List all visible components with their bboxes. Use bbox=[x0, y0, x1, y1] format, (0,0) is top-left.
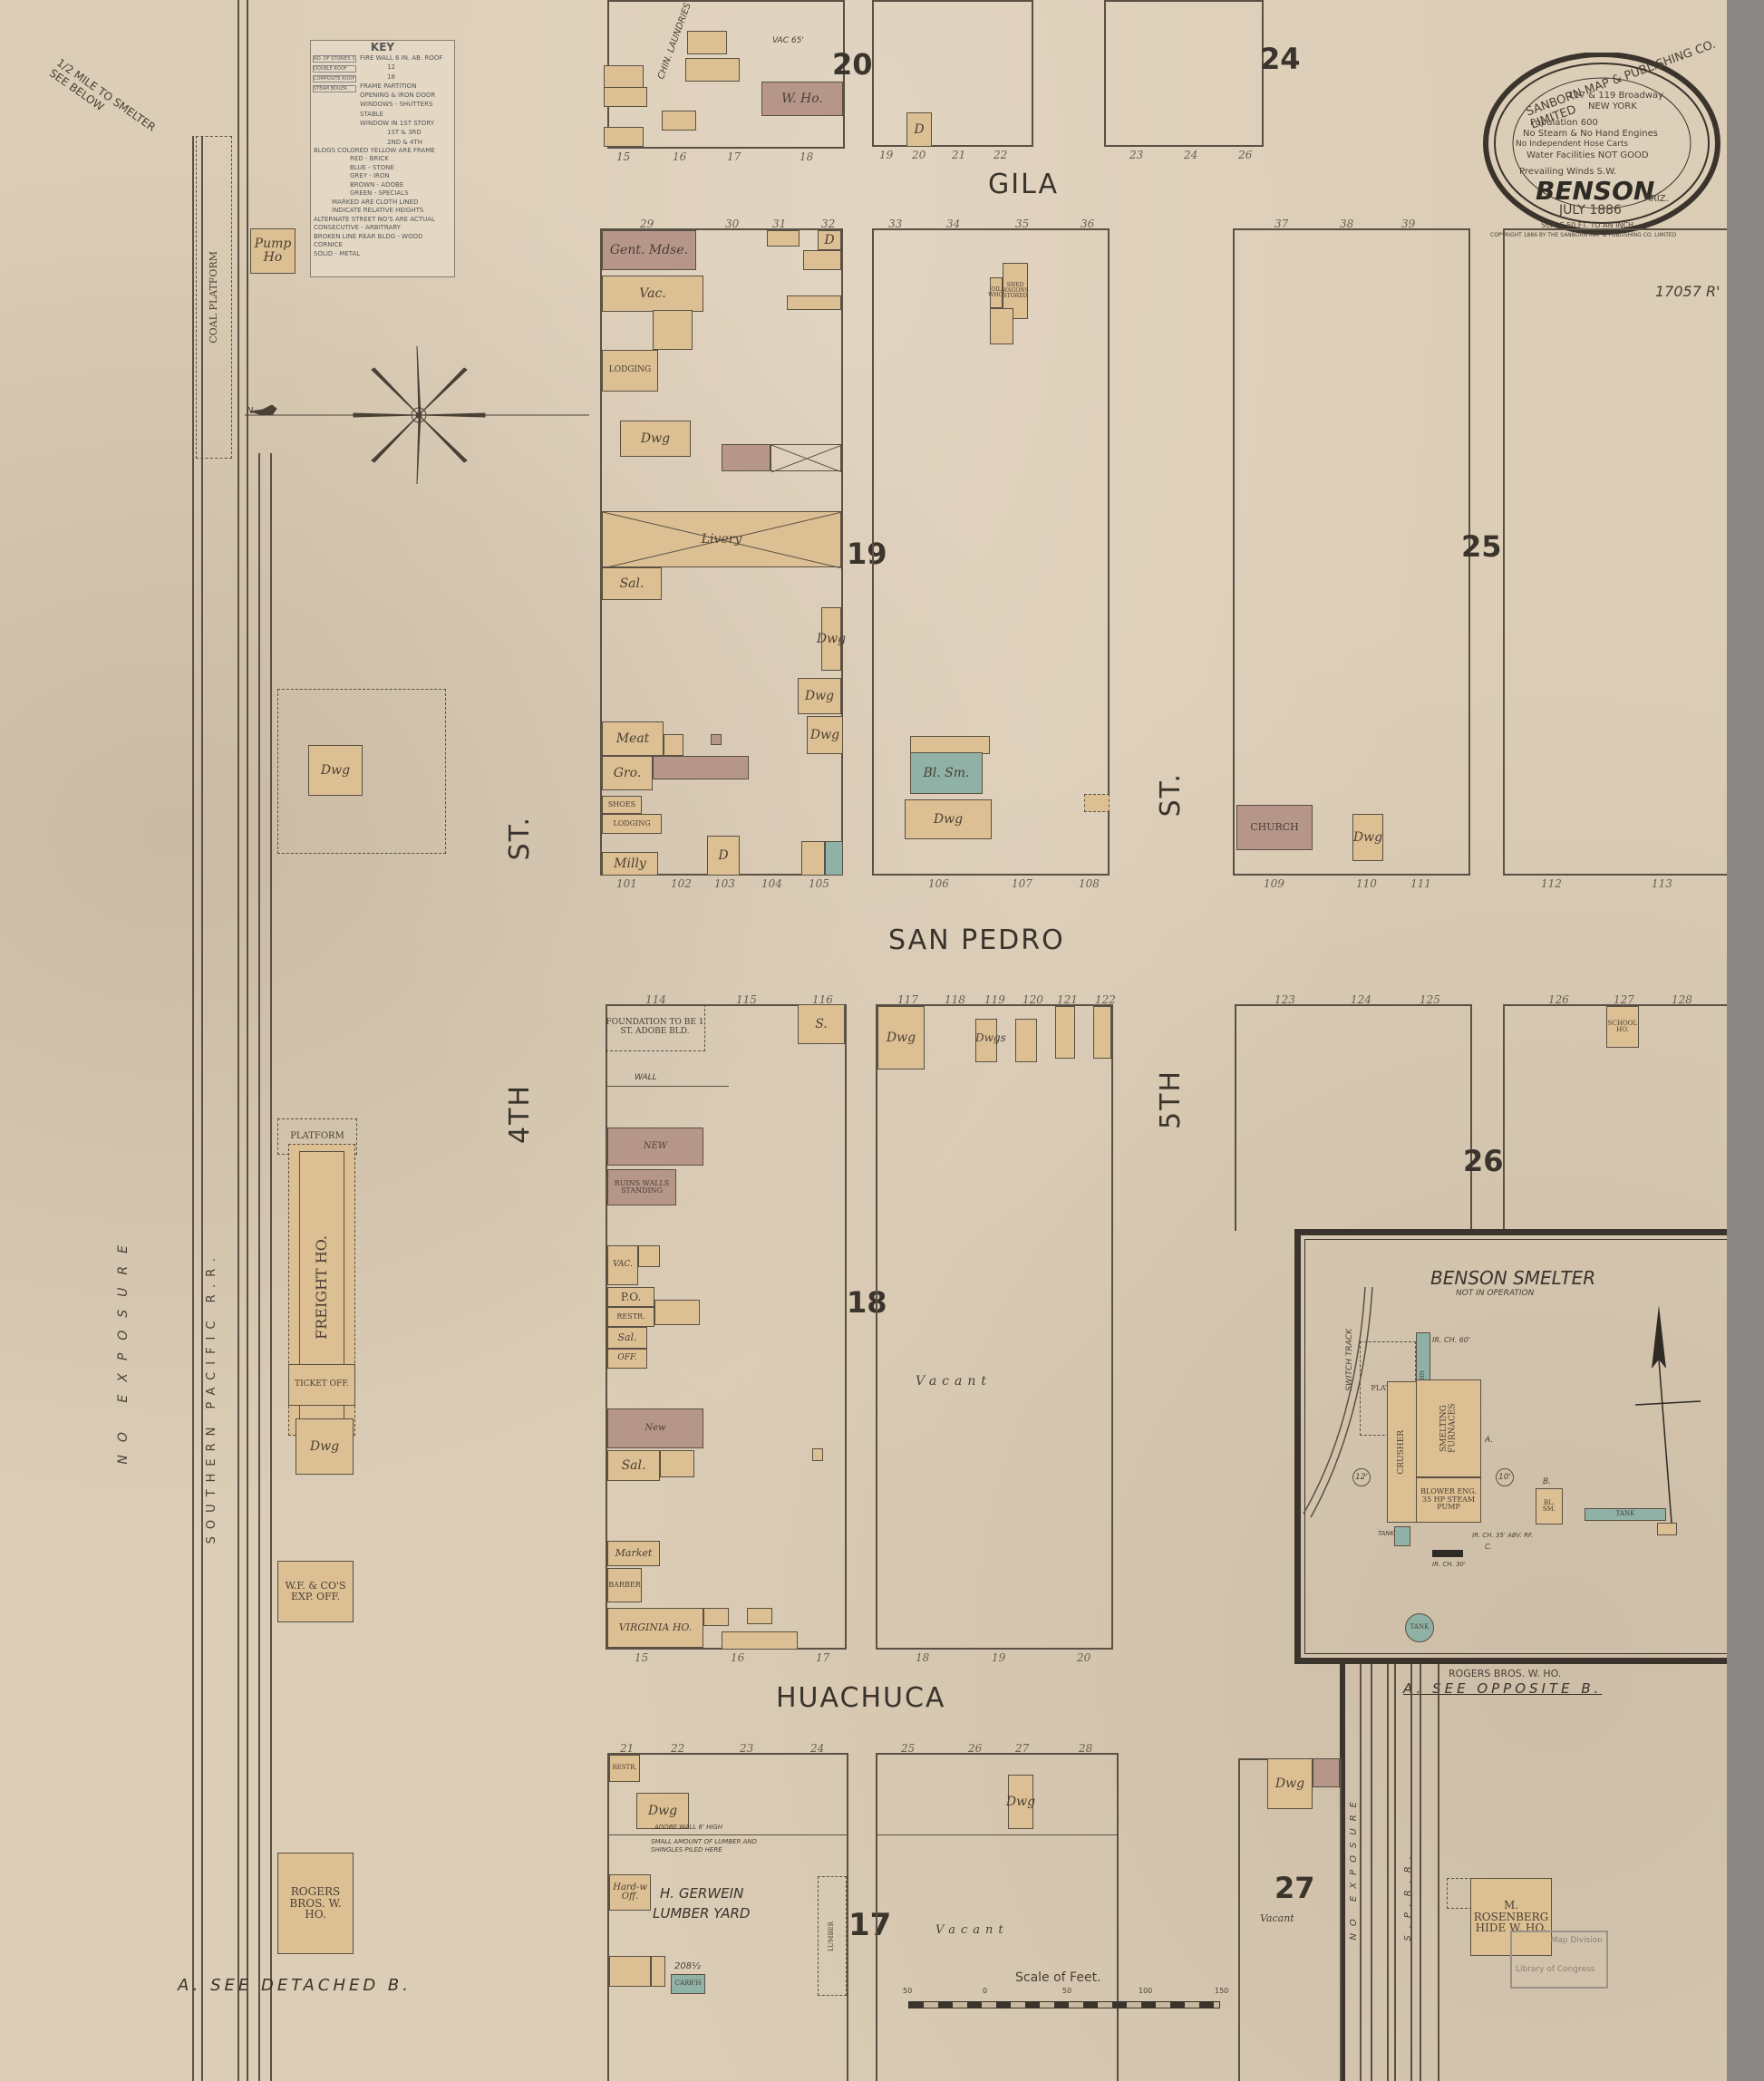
building-top-4 bbox=[687, 31, 727, 54]
lot-number: 122 bbox=[1095, 993, 1116, 1006]
building-warehouse-top: W. Ho. bbox=[761, 82, 843, 116]
lot-number: 28 bbox=[1079, 1742, 1092, 1755]
building-vac-rear bbox=[638, 1245, 660, 1267]
street-4th-st: ST. bbox=[504, 816, 536, 860]
lot-number: 37 bbox=[1275, 218, 1288, 230]
building-dwelling-234: Dwg bbox=[821, 607, 841, 671]
lot-number: 112 bbox=[1541, 877, 1562, 890]
building-po-rear bbox=[654, 1300, 700, 1325]
tank-small-label: TANK bbox=[1378, 1530, 1394, 1537]
building-sal-rear bbox=[660, 1450, 694, 1477]
building-barber: BARBER bbox=[607, 1568, 642, 1602]
lot-number: 120 bbox=[1023, 993, 1043, 1006]
street-4th: 4TH bbox=[504, 1084, 536, 1144]
tank-small bbox=[1394, 1526, 1410, 1546]
building-ruins: RUINS WALLS STANDING bbox=[607, 1169, 676, 1205]
building-dwelling-106: Dwg bbox=[905, 799, 992, 839]
lot-number: 119 bbox=[984, 993, 1005, 1006]
lot-208-half: 208½ bbox=[674, 1961, 701, 1971]
lot-number: 23 bbox=[740, 1742, 753, 1755]
block-number-24: 24 bbox=[1260, 42, 1301, 76]
lot-number: 107 bbox=[1012, 877, 1032, 890]
lot-number: 126 bbox=[1548, 993, 1569, 1006]
scale-bar bbox=[908, 2001, 1220, 2008]
height-12-circle: 12' bbox=[1352, 1468, 1371, 1486]
building-blacksmith-rear bbox=[910, 736, 990, 754]
lot-number: 113 bbox=[1652, 877, 1672, 890]
lot-number: 20 bbox=[1077, 1651, 1090, 1664]
building-virginia-rear-3 bbox=[722, 1631, 798, 1650]
lot-number: 103 bbox=[714, 877, 735, 890]
lot-number: 105 bbox=[809, 877, 829, 890]
scale-tick: 100 bbox=[1139, 1987, 1152, 1995]
block-number-27: 27 bbox=[1275, 1871, 1315, 1905]
seal-population: Population 600 bbox=[1530, 118, 1598, 128]
building-stable-rear bbox=[771, 444, 841, 471]
building-208-1 bbox=[609, 1956, 651, 1987]
lot-number: 27 bbox=[1015, 1742, 1029, 1755]
building-saloon-215: Sal. bbox=[607, 1450, 660, 1481]
lumber-shed: LUMBER bbox=[818, 1876, 847, 1996]
rail-line bbox=[1360, 1664, 1362, 2081]
lot-number: 18 bbox=[916, 1651, 929, 1664]
building-office-218: OFF. bbox=[607, 1349, 647, 1369]
building-dwelling-27: Dwg bbox=[1008, 1775, 1033, 1829]
rail-line bbox=[270, 453, 272, 2081]
map-sheet: COAL PLATFORM 1/2 MILE TO SMELTER SEE BE… bbox=[0, 0, 1727, 2081]
building-dwelling-117: Dwg bbox=[877, 1006, 925, 1070]
block-number-26: 26 bbox=[1463, 1144, 1504, 1178]
lot-number: 29 bbox=[640, 218, 654, 230]
chimney-30-label: IR. CH. 30' bbox=[1432, 1561, 1466, 1568]
lot-number: 26 bbox=[1238, 149, 1252, 161]
lot-number: 125 bbox=[1420, 993, 1440, 1006]
street-5th-st: ST. bbox=[1155, 772, 1187, 817]
map-key: KEY NO. OF STORIES 3 DOUBLE ROOF COMPOSI… bbox=[310, 40, 455, 277]
lot-number: 111 bbox=[1410, 877, 1431, 890]
building-dwelling-203: Dwg bbox=[296, 1418, 354, 1475]
building-top-5 bbox=[685, 58, 740, 82]
building-vacant: Vac. bbox=[602, 276, 703, 312]
building-dwelling-238: Dwg bbox=[620, 421, 691, 457]
lot-number: 22 bbox=[671, 1742, 684, 1755]
block-24 bbox=[1104, 0, 1264, 147]
seal-city: NEW YORK bbox=[1588, 102, 1637, 111]
street-5th: 5TH bbox=[1155, 1070, 1187, 1129]
platform-rosenberg bbox=[1447, 1878, 1472, 1909]
building-vacant-223: VAC. bbox=[607, 1245, 638, 1285]
lot-number: 127 bbox=[1614, 993, 1634, 1006]
lumber-yard-label: LUMBER YARD bbox=[653, 1905, 750, 1921]
railroad-label: SOUTHERN PACIFIC R.R. bbox=[205, 1251, 218, 1544]
lot-number: 17 bbox=[727, 150, 741, 163]
building-blacksmith-shop: BL. SM. bbox=[1536, 1488, 1563, 1524]
street-san-pedro: SAN PEDRO bbox=[888, 924, 1065, 956]
lot-number: 19 bbox=[992, 1651, 1005, 1664]
see-detached-note: A. SEE DETACHED B. bbox=[178, 1976, 412, 1995]
block-top-middle bbox=[872, 0, 1033, 147]
building-meat-rear bbox=[664, 734, 683, 756]
lot-number: 101 bbox=[616, 877, 637, 890]
lot-number: 36 bbox=[1081, 218, 1094, 230]
building-meat-market: Meat bbox=[602, 721, 664, 756]
smelter-a: A. bbox=[1485, 1436, 1493, 1445]
block-17-east bbox=[876, 1753, 1119, 2081]
building-dwelling-122 bbox=[1093, 1006, 1111, 1059]
building-millinery: Milly bbox=[602, 852, 658, 876]
building-hardware-office: Hard-w Off. bbox=[609, 1874, 651, 1911]
building-d-top: D bbox=[906, 112, 932, 147]
building-108-shed bbox=[1084, 794, 1110, 812]
tank-round: TANK bbox=[1405, 1613, 1434, 1642]
building-top-2 bbox=[604, 87, 647, 107]
building-rear-1 bbox=[653, 310, 693, 350]
lot-number: 35 bbox=[1015, 218, 1029, 230]
building-dwelling-121 bbox=[1055, 1006, 1075, 1059]
building-school-house: SCHOOL HO. bbox=[1606, 1006, 1639, 1048]
chimney-60-label: IR. CH. 60' bbox=[1432, 1336, 1470, 1344]
rail-line bbox=[247, 0, 248, 2081]
lot-number: 21 bbox=[952, 149, 965, 161]
block-number-20: 20 bbox=[832, 47, 873, 82]
lot-number: 39 bbox=[1401, 218, 1415, 230]
vacant-label-17: Vacant bbox=[935, 1923, 1009, 1937]
lot-number: 104 bbox=[761, 877, 782, 890]
building-saloon-219: Sal. bbox=[607, 1327, 647, 1349]
building-ticket-office: TICKET OFF. bbox=[288, 1364, 355, 1406]
lot-number: 24 bbox=[1184, 149, 1197, 161]
building-brick-rear bbox=[722, 444, 771, 471]
building-oil-warehouse: OIL WHO. bbox=[990, 277, 1003, 308]
building-smelting-furnaces: SMELTING FURNACES bbox=[1416, 1379, 1481, 1477]
block-26-west bbox=[1235, 1004, 1472, 1231]
building-208-2 bbox=[651, 1956, 665, 1987]
lot-number: 26 bbox=[968, 1742, 982, 1755]
building-grocery-rear bbox=[653, 756, 749, 779]
rail-line bbox=[258, 453, 260, 2081]
building-rear-4 bbox=[787, 295, 841, 310]
building-top-1 bbox=[604, 65, 644, 89]
lot-number: 109 bbox=[1264, 877, 1284, 890]
no-exposure-label: NO EXPOSURE bbox=[116, 1233, 131, 1465]
building-restaurant: RESTR. bbox=[607, 1307, 654, 1327]
sprr-label: S.P.R.R. bbox=[1403, 1849, 1413, 1941]
lot-number: 38 bbox=[1340, 218, 1353, 230]
lot-number: 124 bbox=[1351, 993, 1371, 1006]
building-d-104: D bbox=[707, 836, 740, 876]
building-special-105 bbox=[825, 841, 843, 876]
lot-number: 17 bbox=[816, 1651, 829, 1664]
gerwein-name: H. GERWEIN bbox=[660, 1885, 743, 1902]
rail-line bbox=[192, 136, 194, 2081]
lot-number: 33 bbox=[888, 218, 902, 230]
lot-number: 21 bbox=[620, 1742, 634, 1755]
lot-number: 24 bbox=[810, 1742, 824, 1755]
lot-number: 32 bbox=[821, 218, 835, 230]
lot-number: 15 bbox=[616, 150, 630, 163]
vacant-label-27: Vacant bbox=[1260, 1912, 1294, 1924]
building-pump-house: Pump Ho bbox=[250, 228, 296, 274]
rail-line bbox=[1420, 1664, 1421, 2081]
building-dwelling-233: Dwg bbox=[798, 678, 841, 714]
library-stamp: Map Division Library of Congress bbox=[1510, 1931, 1608, 1989]
building-shed-tail bbox=[990, 308, 1013, 344]
building-virginia-house: VIRGINIA HO. bbox=[607, 1608, 703, 1648]
building-s-116: S. bbox=[798, 1004, 845, 1044]
street-huachuca: HUACHUCA bbox=[776, 1682, 945, 1714]
lot-line bbox=[876, 1834, 1119, 1835]
see-opposite-note: A. SEE OPPOSITE B. bbox=[1403, 1680, 1602, 1697]
foundation-outline: FOUNDATION TO BE 1 ST. ADOBE BLD. bbox=[606, 1004, 705, 1051]
seal-town-name: BENSON bbox=[1536, 176, 1654, 206]
rail-line bbox=[1394, 1664, 1396, 2081]
building-crusher: CRUSHER bbox=[1387, 1381, 1418, 1523]
building-grocery: Gro. bbox=[602, 756, 653, 790]
lot-number: 128 bbox=[1672, 993, 1692, 1006]
wall-line bbox=[606, 1086, 729, 1087]
height-10-circle: 10' bbox=[1496, 1468, 1514, 1486]
lot-number: 34 bbox=[946, 218, 960, 230]
lot-number: 19 bbox=[879, 149, 893, 161]
block-18-east bbox=[876, 1004, 1113, 1650]
building-320-rear bbox=[1313, 1758, 1340, 1787]
building-post-office: P.O. bbox=[607, 1287, 654, 1307]
block-25 bbox=[1233, 228, 1470, 876]
building-new-216: New bbox=[607, 1408, 703, 1448]
lot-number: 110 bbox=[1356, 877, 1377, 890]
building-rogers-warehouse-west: ROGERS BROS. W. HO. bbox=[277, 1853, 354, 1954]
lot-number: 118 bbox=[945, 993, 965, 1006]
compass-rose-icon bbox=[245, 335, 589, 489]
building-rear-3 bbox=[803, 250, 841, 270]
smelter-c: C. bbox=[1485, 1543, 1492, 1551]
building-dwelling-120 bbox=[1015, 1019, 1037, 1062]
lot-number: 108 bbox=[1079, 877, 1100, 890]
north-arrow-icon bbox=[1632, 1305, 1704, 1532]
seal-date: JULY 1886 bbox=[1559, 203, 1622, 218]
lot-number: 123 bbox=[1275, 993, 1295, 1006]
smelter-direction-note: 1/2 MILE TO SMELTER SEE BELOW bbox=[47, 56, 159, 145]
lot-number: 106 bbox=[928, 877, 949, 890]
key-title: KEY bbox=[311, 41, 454, 53]
lot-number: 23 bbox=[1129, 149, 1143, 161]
lot-number: 16 bbox=[673, 150, 686, 163]
adobe-wall-label: ADOBE WALL 6' HIGH bbox=[654, 1824, 722, 1831]
building-lodging: LODGING bbox=[602, 350, 658, 392]
lot-number: 15 bbox=[635, 1651, 648, 1664]
building-shed-17 bbox=[812, 1448, 823, 1461]
building-wf-express: W.F. & CO'S EXP. OFF. bbox=[277, 1561, 354, 1622]
building-virginia-rear-2 bbox=[747, 1608, 772, 1624]
lot-number: 25 bbox=[901, 1742, 915, 1755]
building-blower-engine: BLOWER ENG. 35 HP STEAM PUMP bbox=[1416, 1477, 1481, 1523]
building-livery: Livery bbox=[602, 511, 841, 567]
building-top-6 bbox=[662, 111, 696, 131]
building-rear-2 bbox=[767, 230, 800, 247]
lot-number: 102 bbox=[671, 877, 692, 890]
building-carriage: CARR'H bbox=[671, 1974, 705, 1994]
seal-state: ARIZ. bbox=[1644, 194, 1669, 204]
lot-number: 31 bbox=[772, 218, 786, 230]
lot-number: 115 bbox=[736, 993, 757, 1006]
building-dwelling-232: Dwg bbox=[807, 716, 843, 754]
coal-platform: COAL PLATFORM bbox=[196, 136, 232, 459]
building-dwelling-306: Dwg bbox=[308, 745, 363, 796]
building-dwelling-320: Dwg bbox=[1267, 1758, 1313, 1809]
scale-tick: 50 bbox=[1062, 1987, 1071, 1995]
block-25-east bbox=[1503, 228, 1730, 876]
building-105a bbox=[801, 841, 825, 876]
lot-number: 18 bbox=[800, 150, 813, 163]
street-gila: GILA bbox=[988, 169, 1059, 200]
scale-tick: 50 bbox=[903, 1987, 912, 1995]
building-new-brick: NEW bbox=[607, 1128, 703, 1166]
seal-engines: No Steam & No Hand Engines bbox=[1523, 129, 1658, 139]
building-market: Market bbox=[607, 1541, 660, 1566]
scan-edge bbox=[1727, 0, 1764, 2081]
building-outhouse bbox=[711, 734, 722, 745]
rail-line bbox=[237, 0, 239, 2081]
block-number-25: 25 bbox=[1461, 529, 1502, 564]
smelter-b: B. bbox=[1543, 1477, 1551, 1486]
chimney-35-label: IR. CH. 35' ABV. RF. bbox=[1472, 1532, 1533, 1539]
building-virginia-rear-1 bbox=[703, 1608, 729, 1626]
building-dwelling-110: Dwg bbox=[1352, 814, 1383, 861]
rogers-ref-title: ROGERS BROS. W. HO. bbox=[1449, 1668, 1561, 1679]
seal-hose-carts: No Independent Hose Carts bbox=[1516, 140, 1628, 149]
lot-number: 20 bbox=[912, 149, 926, 161]
dwellings-label: Dwgs bbox=[975, 1031, 1006, 1044]
smelter-subtitle: NOT IN OPERATION bbox=[1456, 1289, 1534, 1298]
lot-number: 16 bbox=[731, 1651, 744, 1664]
chimney-30 bbox=[1432, 1550, 1463, 1557]
building-church: CHURCH bbox=[1236, 805, 1313, 850]
rail-line bbox=[1387, 1664, 1389, 2081]
building-shoes: SHOES bbox=[602, 796, 642, 814]
lot-number: 121 bbox=[1057, 993, 1078, 1006]
compass-n: N bbox=[247, 406, 253, 416]
scale-tick: 0 bbox=[983, 1987, 987, 1995]
seal-address: 117 & 119 Broadway bbox=[1568, 91, 1663, 101]
building-general-merchandise: Gent. Mdse. bbox=[602, 230, 696, 270]
lot-number: 117 bbox=[897, 993, 918, 1006]
building-d-corner: D bbox=[818, 230, 841, 250]
building-blacksmith: Bl. Sm. bbox=[910, 752, 983, 794]
adobe-wall-line bbox=[607, 1834, 848, 1835]
seal-water: Water Facilities NOT GOOD bbox=[1527, 150, 1649, 160]
scale-bar-title: Scale of Feet. bbox=[1015, 1970, 1101, 1985]
no-exposure-east: NO EXPOSURE bbox=[1349, 1795, 1359, 1941]
lot-number: 30 bbox=[725, 218, 739, 230]
smelter-title: BENSON SMELTER bbox=[1430, 1267, 1595, 1289]
lumber-pile-note: SMALL AMOUNT OF LUMBER AND SHINGLES PILE… bbox=[651, 1838, 787, 1854]
rail-line bbox=[1371, 1664, 1372, 2081]
building-top-3 bbox=[604, 127, 644, 147]
vac-note: VAC 65' bbox=[772, 36, 804, 45]
rail-line bbox=[1438, 1664, 1439, 2081]
scale-tick: 150 bbox=[1215, 1987, 1228, 1995]
vacant-label-18: Vacant bbox=[916, 1374, 992, 1389]
building-lodging-2: LODGING bbox=[602, 814, 662, 834]
lot-number: 22 bbox=[993, 149, 1007, 161]
wall-label: WALL bbox=[635, 1073, 657, 1082]
building-restaurant-17: RESTR. bbox=[609, 1755, 640, 1782]
building-saloon-235: Sal. bbox=[602, 567, 662, 600]
